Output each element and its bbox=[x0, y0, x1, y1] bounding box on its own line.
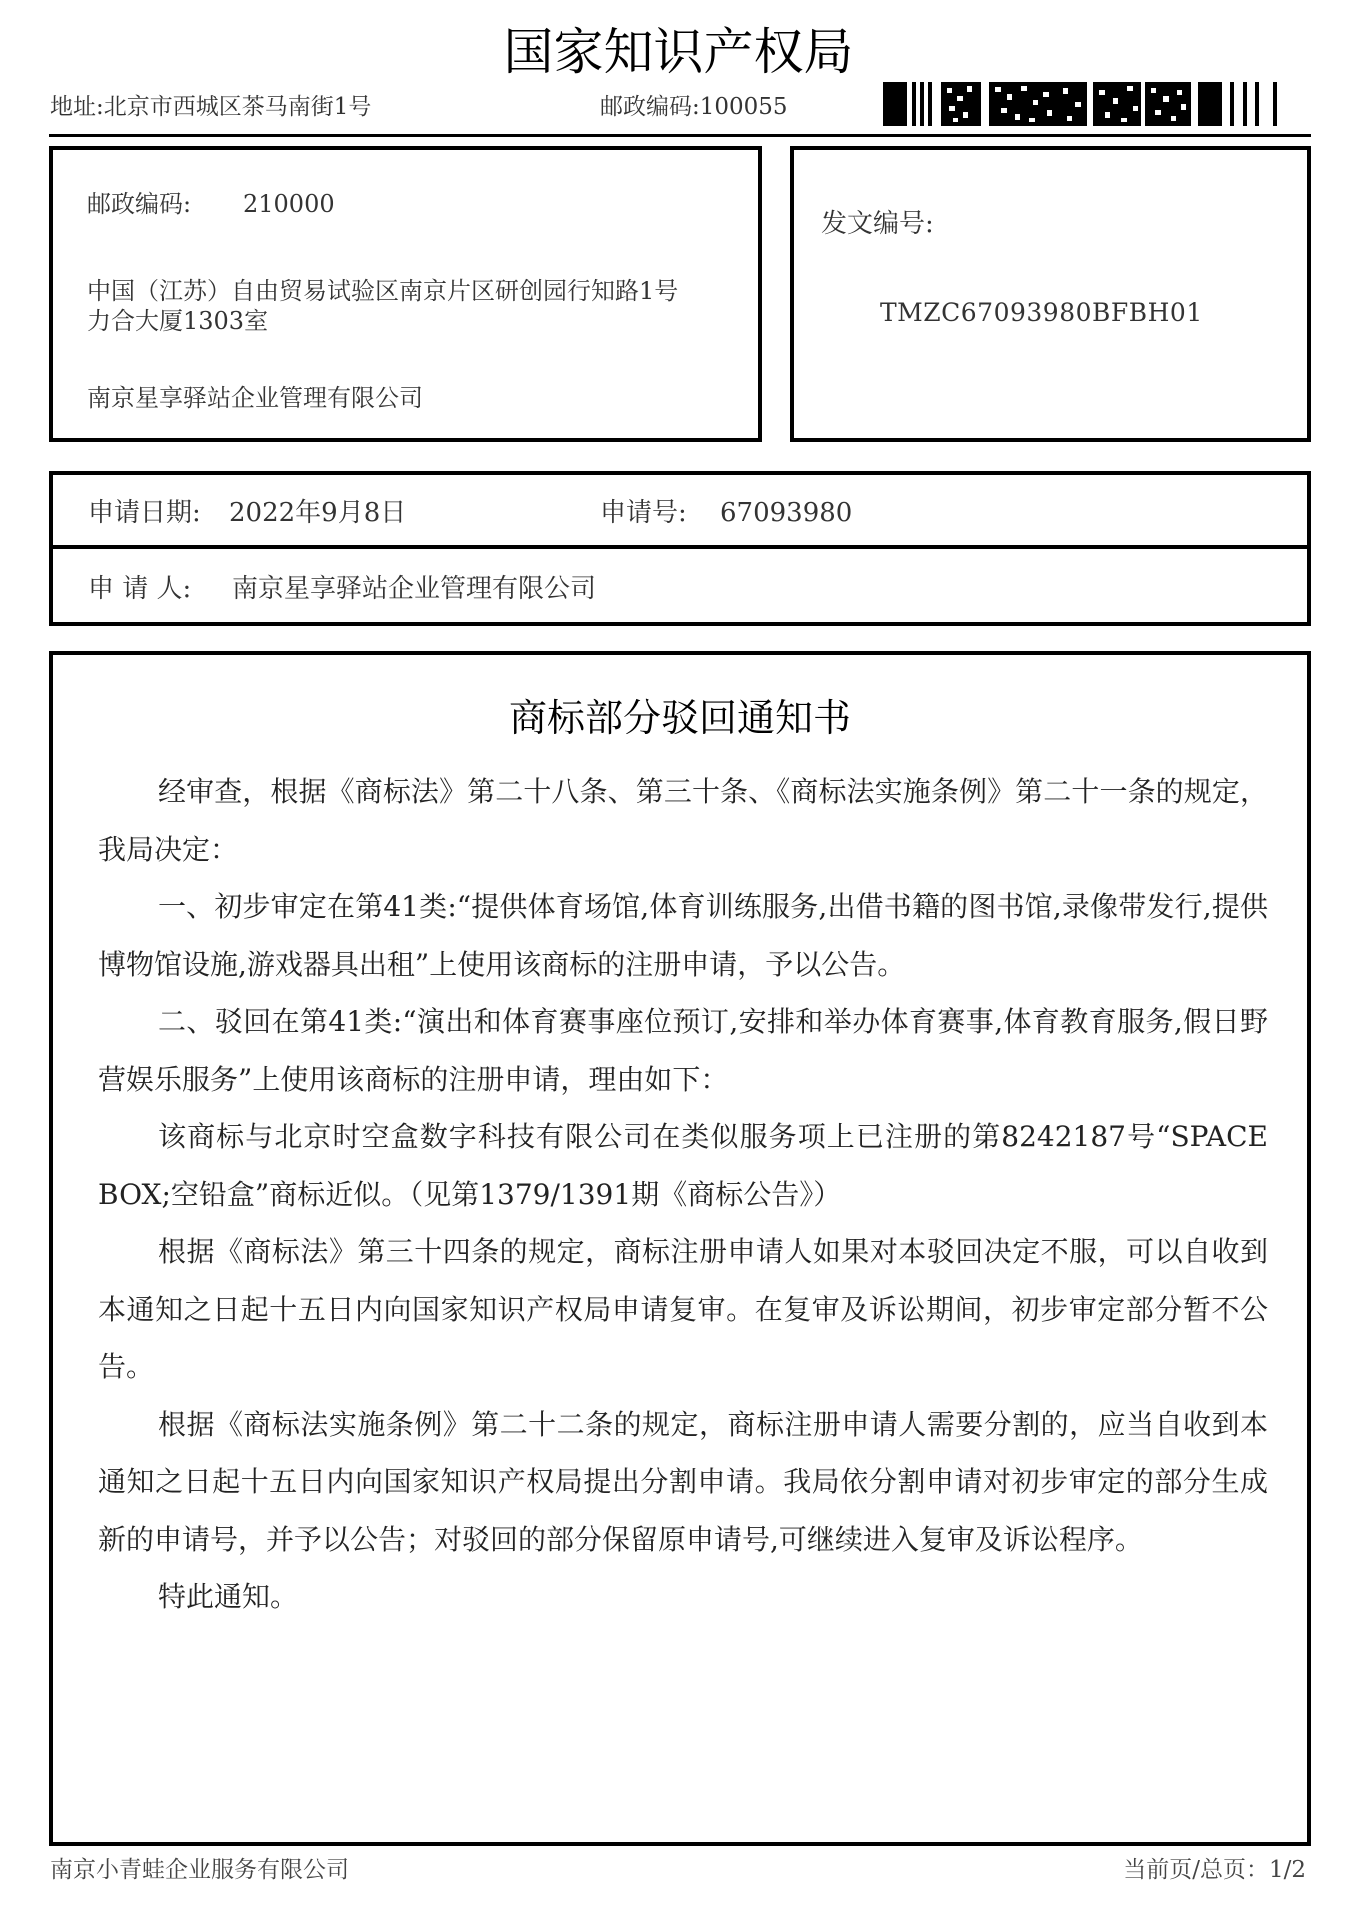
notice-title: 商标部分驳回通知书 bbox=[49, 693, 1311, 743]
notice-paragraph: 一、初步审定在第41类:“提供体育场馆,体育训练服务,出借书籍的图书馆,录像带发… bbox=[98, 878, 1268, 993]
dispatch-number: TMZC67093980BFBH01 bbox=[880, 298, 1203, 328]
notice-paragraph: 经审查，根据《商标法》第二十八条、第三十条、《商标法实施条例》第二十一条的规定，… bbox=[98, 763, 1268, 878]
notice-paragraph: 根据《商标法》第三十四条的规定，商标注册申请人如果对本驳回决定不服，可以自收到本… bbox=[98, 1223, 1268, 1396]
application-date-value: 2022年9月8日 bbox=[229, 498, 406, 528]
footer-company: 南京小青蛙企业服务有限公司 bbox=[50, 1856, 349, 1884]
notice-paragraph: 二、驳回在第41类:“演出和体育赛事座位预订,安排和举办体育赛事,体育教育服务,… bbox=[98, 993, 1268, 1108]
notice-paragraph: 根据《商标法实施条例》第二十二条的规定，商标注册申请人需要分割的，应当自收到本通… bbox=[98, 1396, 1268, 1569]
dispatch-label: 发文编号: bbox=[821, 209, 934, 239]
application-number-label: 申请号: bbox=[600, 498, 687, 528]
application-number-value: 67093980 bbox=[720, 498, 852, 528]
applicant-value: 南京星享驿站企业管理有限公司 bbox=[232, 574, 596, 604]
agency-title: 国家知识产权局 bbox=[0, 22, 1357, 82]
recipient-address-line1: 中国（江苏）自由贸易试验区南京片区研创园行知路1号 bbox=[87, 276, 678, 306]
agency-postcode: 邮政编码:100055 bbox=[600, 92, 788, 122]
notice-paragraph: 该商标与北京时空盒数字科技有限公司在类似服务项上已注册的第8242187号“SP… bbox=[98, 1108, 1268, 1223]
recipient-postcode-label: 邮政编码: bbox=[87, 189, 191, 219]
footer-pagination: 当前页/总页：1/2 bbox=[1123, 1856, 1306, 1884]
footer-page-value: 1/2 bbox=[1269, 1857, 1306, 1883]
application-date-label: 申请日期: bbox=[88, 498, 201, 528]
applicant-label: 申 请 人: bbox=[88, 574, 191, 604]
notice-body: 经审查，根据《商标法》第二十八条、第三十条、《商标法实施条例》第二十一条的规定，… bbox=[98, 763, 1268, 1626]
recipient-company: 南京星享驿站企业管理有限公司 bbox=[87, 383, 423, 413]
header-divider bbox=[49, 134, 1311, 137]
recipient-address-line2: 力合大厦1303室 bbox=[87, 306, 268, 336]
notice-paragraph: 特此通知。 bbox=[98, 1568, 1268, 1626]
dispatch-box bbox=[790, 146, 1311, 442]
barcode-icon bbox=[883, 82, 1300, 126]
footer-page-label: 当前页/总页： bbox=[1123, 1857, 1269, 1883]
recipient-postcode-value: 210000 bbox=[243, 189, 335, 219]
application-info-divider bbox=[49, 545, 1311, 549]
agency-address: 地址:北京市西城区茶马南街1号 bbox=[50, 92, 371, 122]
